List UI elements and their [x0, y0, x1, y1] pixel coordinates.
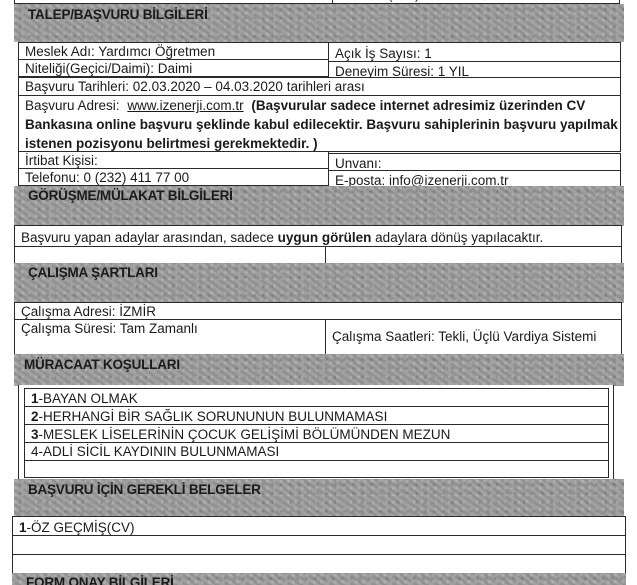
belgeler-item-empty-1: [12, 535, 626, 555]
section-title-talep: TALEP/BAŞVURU BİLGİLERİ: [14, 4, 624, 22]
acik-is-sayisi-cell: Açık İş Sayısı: 1: [328, 42, 621, 62]
section-header-calisma: ÇALIŞMA ŞARTLARI: [14, 263, 624, 303]
basvuru-note-line2: Bankasına online başvuru şeklinde kabul …: [25, 115, 620, 134]
belgeler-item-empty-2: [12, 554, 626, 574]
section-title-muracaat: MÜRACAAT KOŞULLARI: [14, 354, 624, 372]
basvuru-note-line3: istenen pozisyonu belirtmesi gerekmekted…: [25, 134, 620, 152]
gorusme-text-before: Başvuru yapan adaylar arasından, sadece: [21, 230, 278, 245]
basvuru-tarihleri-cell: Başvuru Tarihleri: 02.03.2020 – 04.03.20…: [18, 77, 621, 96]
calisma-adresi-cell: Çalışma Adresi: İZMİR: [14, 302, 622, 320]
belgeler-item-1: 1-ÖZ GEÇMİŞ(CV): [12, 516, 626, 536]
muracaat-item-4: 4-ADLİ SİCİL KAYDININ BULUNMAMASI: [24, 442, 609, 461]
muracaat-item-empty: [24, 460, 609, 478]
gorusme-empty-right: [325, 246, 622, 264]
basvuru-adresi-label: Başvuru Adresi:: [25, 98, 120, 113]
gorusme-empty-left: [14, 246, 326, 264]
gorusme-text-cell: Başvuru yapan adaylar arasından, sadece …: [14, 225, 622, 247]
section-header-muracaat: MÜRACAAT KOŞULLARI: [14, 354, 624, 386]
telefonu-cell: Telefonu: 0 (232) 411 77 00: [18, 168, 329, 186]
fax-partial-text: Faks: 0 (232) 411 77 01: [340, 0, 482, 2]
job-posting-form: Faks: 0 (232) 411 77 01 TALEP/BAŞVURU Bİ…: [0, 0, 637, 585]
section-header-belgeler: BAŞVURU İÇİN GEREKLİ BELGELER: [14, 479, 624, 517]
calisma-suresi-cell: Çalışma Süresi: Tam Zamanlı: [14, 319, 326, 355]
gorusme-text-after: adaylara dönüş yapılacaktır.: [371, 230, 543, 245]
section-header-talep: TALEP/BAŞVURU BİLGİLERİ: [14, 4, 624, 42]
section-title-form-onay: FORM ONAY BİLGİLERİ: [12, 573, 626, 585]
section-header-form-onay: FORM ONAY BİLGİLERİ: [12, 573, 626, 585]
website-link[interactable]: www.izenerji.com.tr: [127, 98, 243, 113]
section-title-calisma: ÇALIŞMA ŞARTLARI: [14, 263, 624, 280]
meslek-adi-cell: Meslek Adı: Yardımcı Öğretmen: [18, 42, 329, 60]
basvuru-note-line1: (Başvurular sadece internet adresimiz üz…: [251, 98, 585, 113]
muracaat-item-3: 3-MESLEK LİSELERİNİN ÇOCUK GELİŞİMİ BÖLÜ…: [24, 424, 609, 443]
unvani-cell: Unvanı:: [328, 153, 621, 171]
calisma-saatleri-cell: Çalışma Saatleri: Tekli, Üçlü Vardiya Si…: [325, 319, 622, 355]
muracaat-item-2: 2-HERHANGİ BİR SAĞLIK SORUNUNUN BULUNMAM…: [24, 406, 609, 425]
niteligi-cell: Niteliği(Geçici/Daimi): Daimi: [18, 59, 329, 77]
basvuru-adresi-cell: Başvuru Adresi: www.izenerji.com.tr (Baş…: [18, 95, 621, 152]
muracaat-item-1: 1-BAYAN OLMAK: [24, 388, 609, 407]
section-header-gorusme: GÖRÜŞME/MÜLAKAT BİLGİLERİ: [14, 186, 624, 226]
gorusme-text-bold: uygun görülen: [278, 230, 372, 245]
irtibat-kisisi-cell: İrtibat Kişisi:: [18, 151, 329, 169]
section-title-belgeler: BAŞVURU İÇİN GEREKLİ BELGELER: [14, 479, 624, 497]
section-title-gorusme: GÖRÜŞME/MÜLAKAT BİLGİLERİ: [14, 186, 624, 203]
